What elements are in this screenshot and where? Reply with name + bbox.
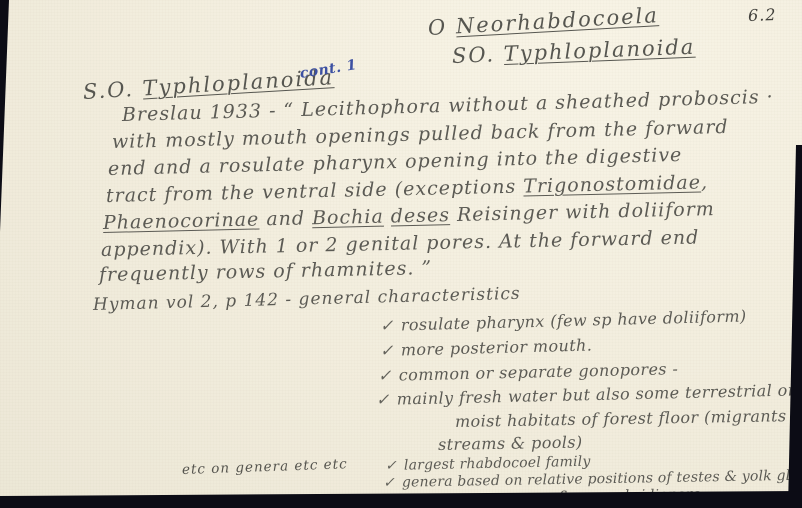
checkmark-icon: ✓: [380, 316, 394, 335]
quote-line-4-tail: ,: [701, 171, 709, 193]
check-item-habitat: ✓mainly fresh water but also some terres…: [376, 380, 799, 409]
checkmark-icon: ✓: [380, 341, 394, 360]
check-item-habitat-cont-1: moist habitats of forest floor (migrants…: [455, 405, 802, 431]
title-prefix: S.O.: [82, 77, 134, 104]
checkmark-icon: ✓: [383, 475, 395, 491]
header-suborder-line: SO. Typhloplanoida: [452, 35, 696, 68]
check-item-label: mainly fresh water but also some terrest…: [397, 380, 799, 408]
page-number: 6.2: [748, 5, 777, 25]
check-item-posterior-mouth: ✓more posterior mouth.: [380, 335, 593, 360]
check-item-gonopores: ✓common or separate gonopores -: [378, 359, 679, 385]
suborder-prefix: SO.: [452, 42, 496, 68]
taxon-deses: deses: [391, 204, 451, 227]
quote-line-4-text: tract from the ventral side (exceptions: [106, 176, 524, 207]
quote-line-5-and: and: [259, 207, 312, 230]
taxon-trigonostomidae: Trigonostomidae: [523, 172, 701, 198]
index-card: 6.2 O Neorhabdocoela SO. Typhloplanoida …: [0, 0, 802, 508]
check-item-label: more posterior mouth.: [401, 335, 593, 359]
checkmark-icon: ✓: [378, 366, 392, 385]
check-item-habitat-cont-2: streams & pools): [438, 432, 583, 454]
header-order-line: O Neorhabdocoela: [427, 3, 659, 40]
checkmark-icon: ✓: [385, 458, 397, 474]
check-item-rosulate-pharynx: ✓rosulate pharynx (few sp have doliiform…: [380, 306, 747, 335]
taxon-phaenocorinae: Phaenocorinae: [103, 208, 260, 234]
checkmark-icon: ✓: [376, 390, 390, 409]
check-item-label: rosulate pharynx (few sp have doliiform): [401, 306, 747, 334]
hyman-reference: Hyman vol 2, p 142 - general characteris…: [93, 284, 521, 315]
check-item-label: largest rhabdocoel family: [404, 454, 591, 474]
quote-line-5-tail: Reisinger with doliiform: [450, 198, 715, 226]
order-name: Neorhabdocoela: [455, 3, 659, 38]
suborder-name: Typhloplanoida: [503, 35, 696, 66]
taxon-bochia: Bochia: [312, 206, 384, 230]
order-prefix: O: [427, 15, 448, 40]
check-item-label: common or separate gonopores -: [399, 359, 679, 384]
footnote: etc on genera etc etc: [182, 456, 348, 478]
quote-line-7: frequently rows of rhamnites. ”: [99, 257, 433, 286]
